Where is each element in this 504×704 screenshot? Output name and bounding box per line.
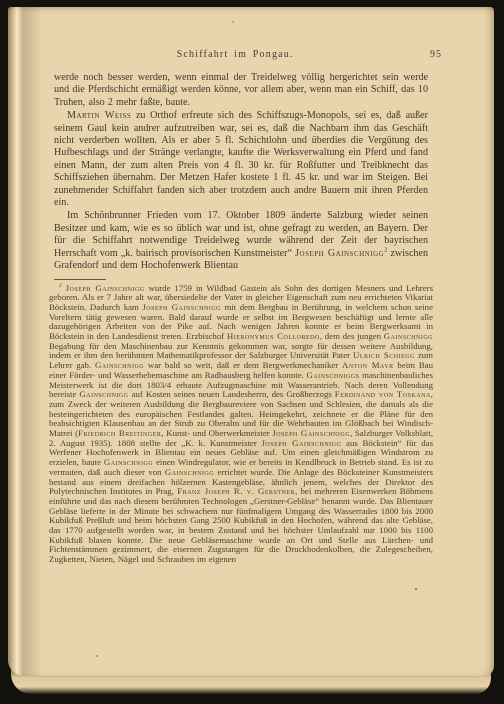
person-name: Joseph Gainschnigg	[142, 302, 221, 312]
text-run: , bei mehreren Eisenwerken Böhmens einfü…	[49, 486, 433, 564]
text-run: werde noch besser werden, wenn einmal de…	[54, 72, 428, 108]
scan-speck	[96, 655, 98, 657]
person-name: Gainschnigg	[165, 467, 214, 477]
running-header: Schiffahrt im Pongau. 95	[54, 49, 428, 62]
person-name: Joseph Gainschnigg	[262, 438, 342, 448]
text-run: zu Orthof erfreute sich des Schiffszugs-…	[54, 110, 428, 208]
footnote-rule	[54, 279, 106, 280]
person-name: Joseph Gainschnigg	[66, 283, 145, 293]
book-page: Schiffahrt im Pongau. 95 werde noch bess…	[8, 7, 494, 676]
person-name: Gainschniggs	[306, 370, 359, 380]
running-title: Schiffahrt im Pongau.	[177, 49, 294, 60]
text-run: , Kunst- und Oberwerkmeister	[161, 428, 272, 438]
person-name: Gainschnigg	[104, 457, 153, 467]
paragraph: Martin Weiss zu Orthof erfreute sich des…	[54, 110, 428, 209]
text-run: auf Kosten seines neuen Landesherrn, des…	[129, 389, 335, 399]
binding-gutter-shadow	[8, 7, 44, 676]
page-content: Schiffahrt im Pongau. 95 werde noch bess…	[54, 49, 428, 565]
paragraph: Im Schönbrunner Frieden vom 17. Oktober …	[54, 210, 428, 272]
person-name: Gainschnigg	[79, 389, 128, 399]
person-name: Joseph Gainschnigg	[272, 428, 350, 438]
scan-speck	[415, 588, 417, 590]
person-name: Martin Weiss	[67, 110, 131, 121]
person-name: Franz Joseph R. v. Gerstner	[177, 486, 295, 496]
person-name: Anton Mayr	[342, 360, 394, 370]
person-name: Friedrich Breitinger	[78, 428, 161, 438]
person-name: Ulrich Schiegg	[353, 350, 415, 360]
person-name: Ferdinand von Toskana	[335, 389, 431, 399]
body-text: werde noch besser werden, wenn einmal de…	[54, 72, 428, 273]
person-name: Gainschnigg	[95, 360, 144, 370]
person-name: Gainschnigg	[384, 331, 433, 341]
footnote-text: 2 Joseph Gainschnigg wurde 1759 in Wildb…	[49, 284, 433, 565]
person-name: Joseph Gainschnigg	[295, 248, 384, 259]
text-run: , dem des jungen	[320, 331, 384, 341]
paragraph: werde noch besser werden, wenn einmal de…	[54, 72, 428, 109]
scan-speck	[232, 21, 234, 23]
text-run: war bald so weit, daß er dem Bergwerkmec…	[144, 360, 342, 370]
person-name: Hieronymus Colloredo	[227, 331, 320, 341]
page-number: 95	[430, 49, 442, 60]
